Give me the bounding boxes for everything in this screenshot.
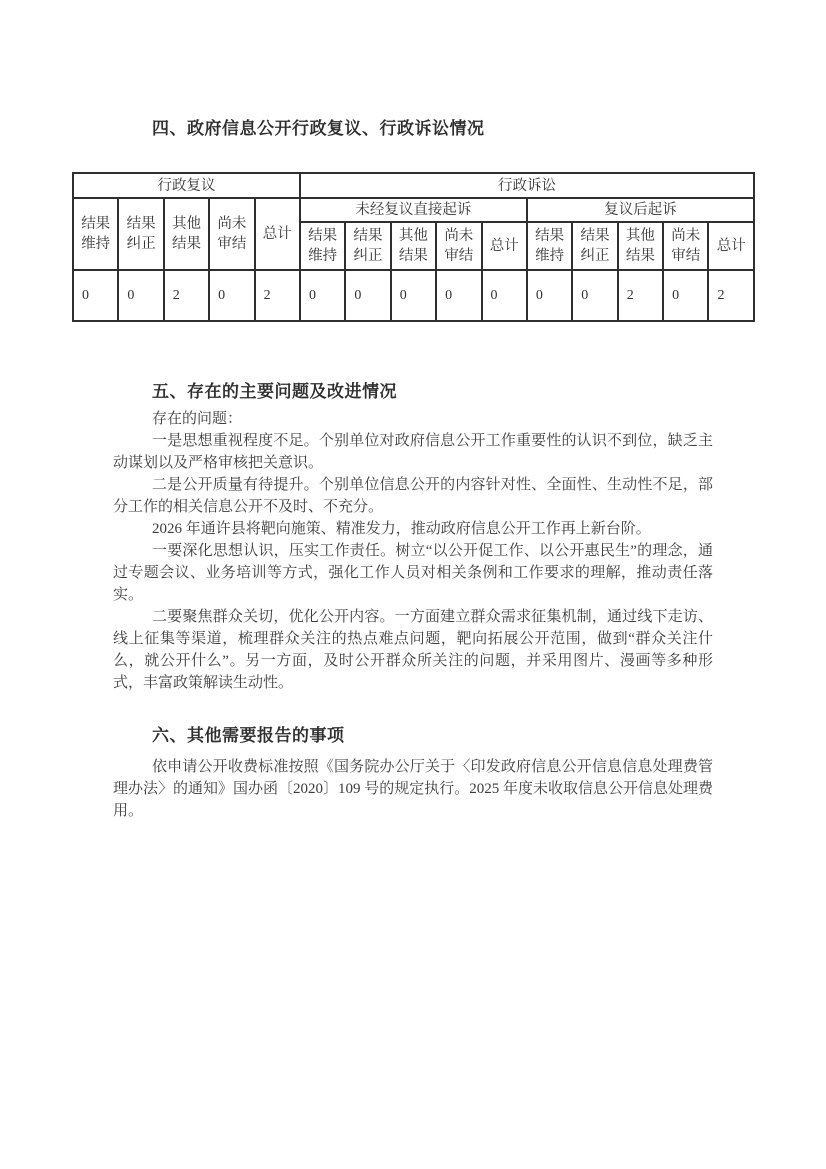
header-cell-after-total: 总计 <box>708 222 754 270</box>
header-cell-review-upheld: 结果维持 <box>73 198 118 270</box>
header-cell-after-upheld: 结果维持 <box>527 222 572 270</box>
header-cell-direct-upheld: 结果维持 <box>300 222 345 270</box>
section4-heading: 四、政府信息公开行政复议、行政诉讼情况 <box>113 0 713 140</box>
paragraph-measure-2: 二要聚焦群众关切，优化公开内容。一方面建立群众需求征集机制，通过线下走访、线上征… <box>113 606 713 694</box>
data-cell: 0 <box>118 270 163 321</box>
admin-review-litigation-table: 行政复议 行政诉讼 结果维持 结果纠正 其他结果 尚未审结 总计 未经复议直接起… <box>72 172 755 322</box>
paragraph-problem-2: 二是公开质量有待提升。个别单位信息公开的内容针对性、全面性、生动性不足，部分工作… <box>113 474 713 518</box>
header-cell-review-pending: 尚未审结 <box>209 198 254 270</box>
data-cell: 2 <box>164 270 209 321</box>
data-cell: 0 <box>572 270 617 321</box>
data-cell: 0 <box>73 270 118 321</box>
header-cell-direct-other: 其他结果 <box>391 222 436 270</box>
header-cell-direct-total: 总计 <box>482 222 527 270</box>
table-subgroup-direct-suit: 未经复议直接起诉 <box>300 198 527 222</box>
section6-paragraph: 依申请公开收费标准按照《国务院办公厅关于〈印发政府信息公开信息信息处理费管理办法… <box>113 756 713 822</box>
header-cell-review-other: 其他结果 <box>164 198 209 270</box>
report-page: 四、政府信息公开行政复议、行政诉讼情况 行政复议 行政诉讼 结果维持 结果纠正 … <box>0 0 826 1169</box>
data-cell: 0 <box>527 270 572 321</box>
section5-body: 存在的问题： 一是思想重视程度不足。个别单位对政府信息公开工作重要性的认识不到位… <box>113 408 713 694</box>
data-cell: 0 <box>209 270 254 321</box>
paragraph-problems-label: 存在的问题： <box>113 408 713 430</box>
data-cell: 0 <box>482 270 527 321</box>
section5-heading: 五、存在的主要问题及改进情况 <box>113 381 713 403</box>
data-cell: 2 <box>255 270 300 321</box>
header-cell-direct-pending: 尚未审结 <box>436 222 481 270</box>
paragraph-measure-1: 一要深化思想认识，压实工作责任。树立“以公开促工作、以公开惠民生”的理念，通过专… <box>113 540 713 606</box>
table-group-review: 行政复议 <box>73 173 300 198</box>
data-cell: 0 <box>391 270 436 321</box>
section6-heading: 六、其他需要报告的事项 <box>113 725 713 747</box>
header-cell-after-corrected: 结果纠正 <box>572 222 617 270</box>
data-cell: 0 <box>663 270 708 321</box>
data-cell: 0 <box>345 270 390 321</box>
paragraph-problem-1: 一是思想重视程度不足。个别单位对政府信息公开工作重要性的认识不到位，缺乏主动谋划… <box>113 430 713 474</box>
paragraph-plan-intro: 2026 年通许县将靶向施策、精准发力，推动政府信息公开工作再上新台阶。 <box>113 518 713 540</box>
header-cell-after-other: 其他结果 <box>618 222 663 270</box>
table-group-litigation: 行政诉讼 <box>300 173 754 198</box>
data-cell: 0 <box>300 270 345 321</box>
header-cell-after-pending: 尚未审结 <box>663 222 708 270</box>
header-cell-review-corrected: 结果纠正 <box>118 198 163 270</box>
header-cell-review-total: 总计 <box>255 198 300 270</box>
header-cell-direct-corrected: 结果纠正 <box>345 222 390 270</box>
table-subgroup-after-review-suit: 复议后起诉 <box>527 198 754 222</box>
document-content: 四、政府信息公开行政复议、行政诉讼情况 行政复议 行政诉讼 结果维持 结果纠正 … <box>113 0 713 822</box>
data-cell: 0 <box>436 270 481 321</box>
data-cell: 2 <box>618 270 663 321</box>
data-cell: 2 <box>708 270 754 321</box>
